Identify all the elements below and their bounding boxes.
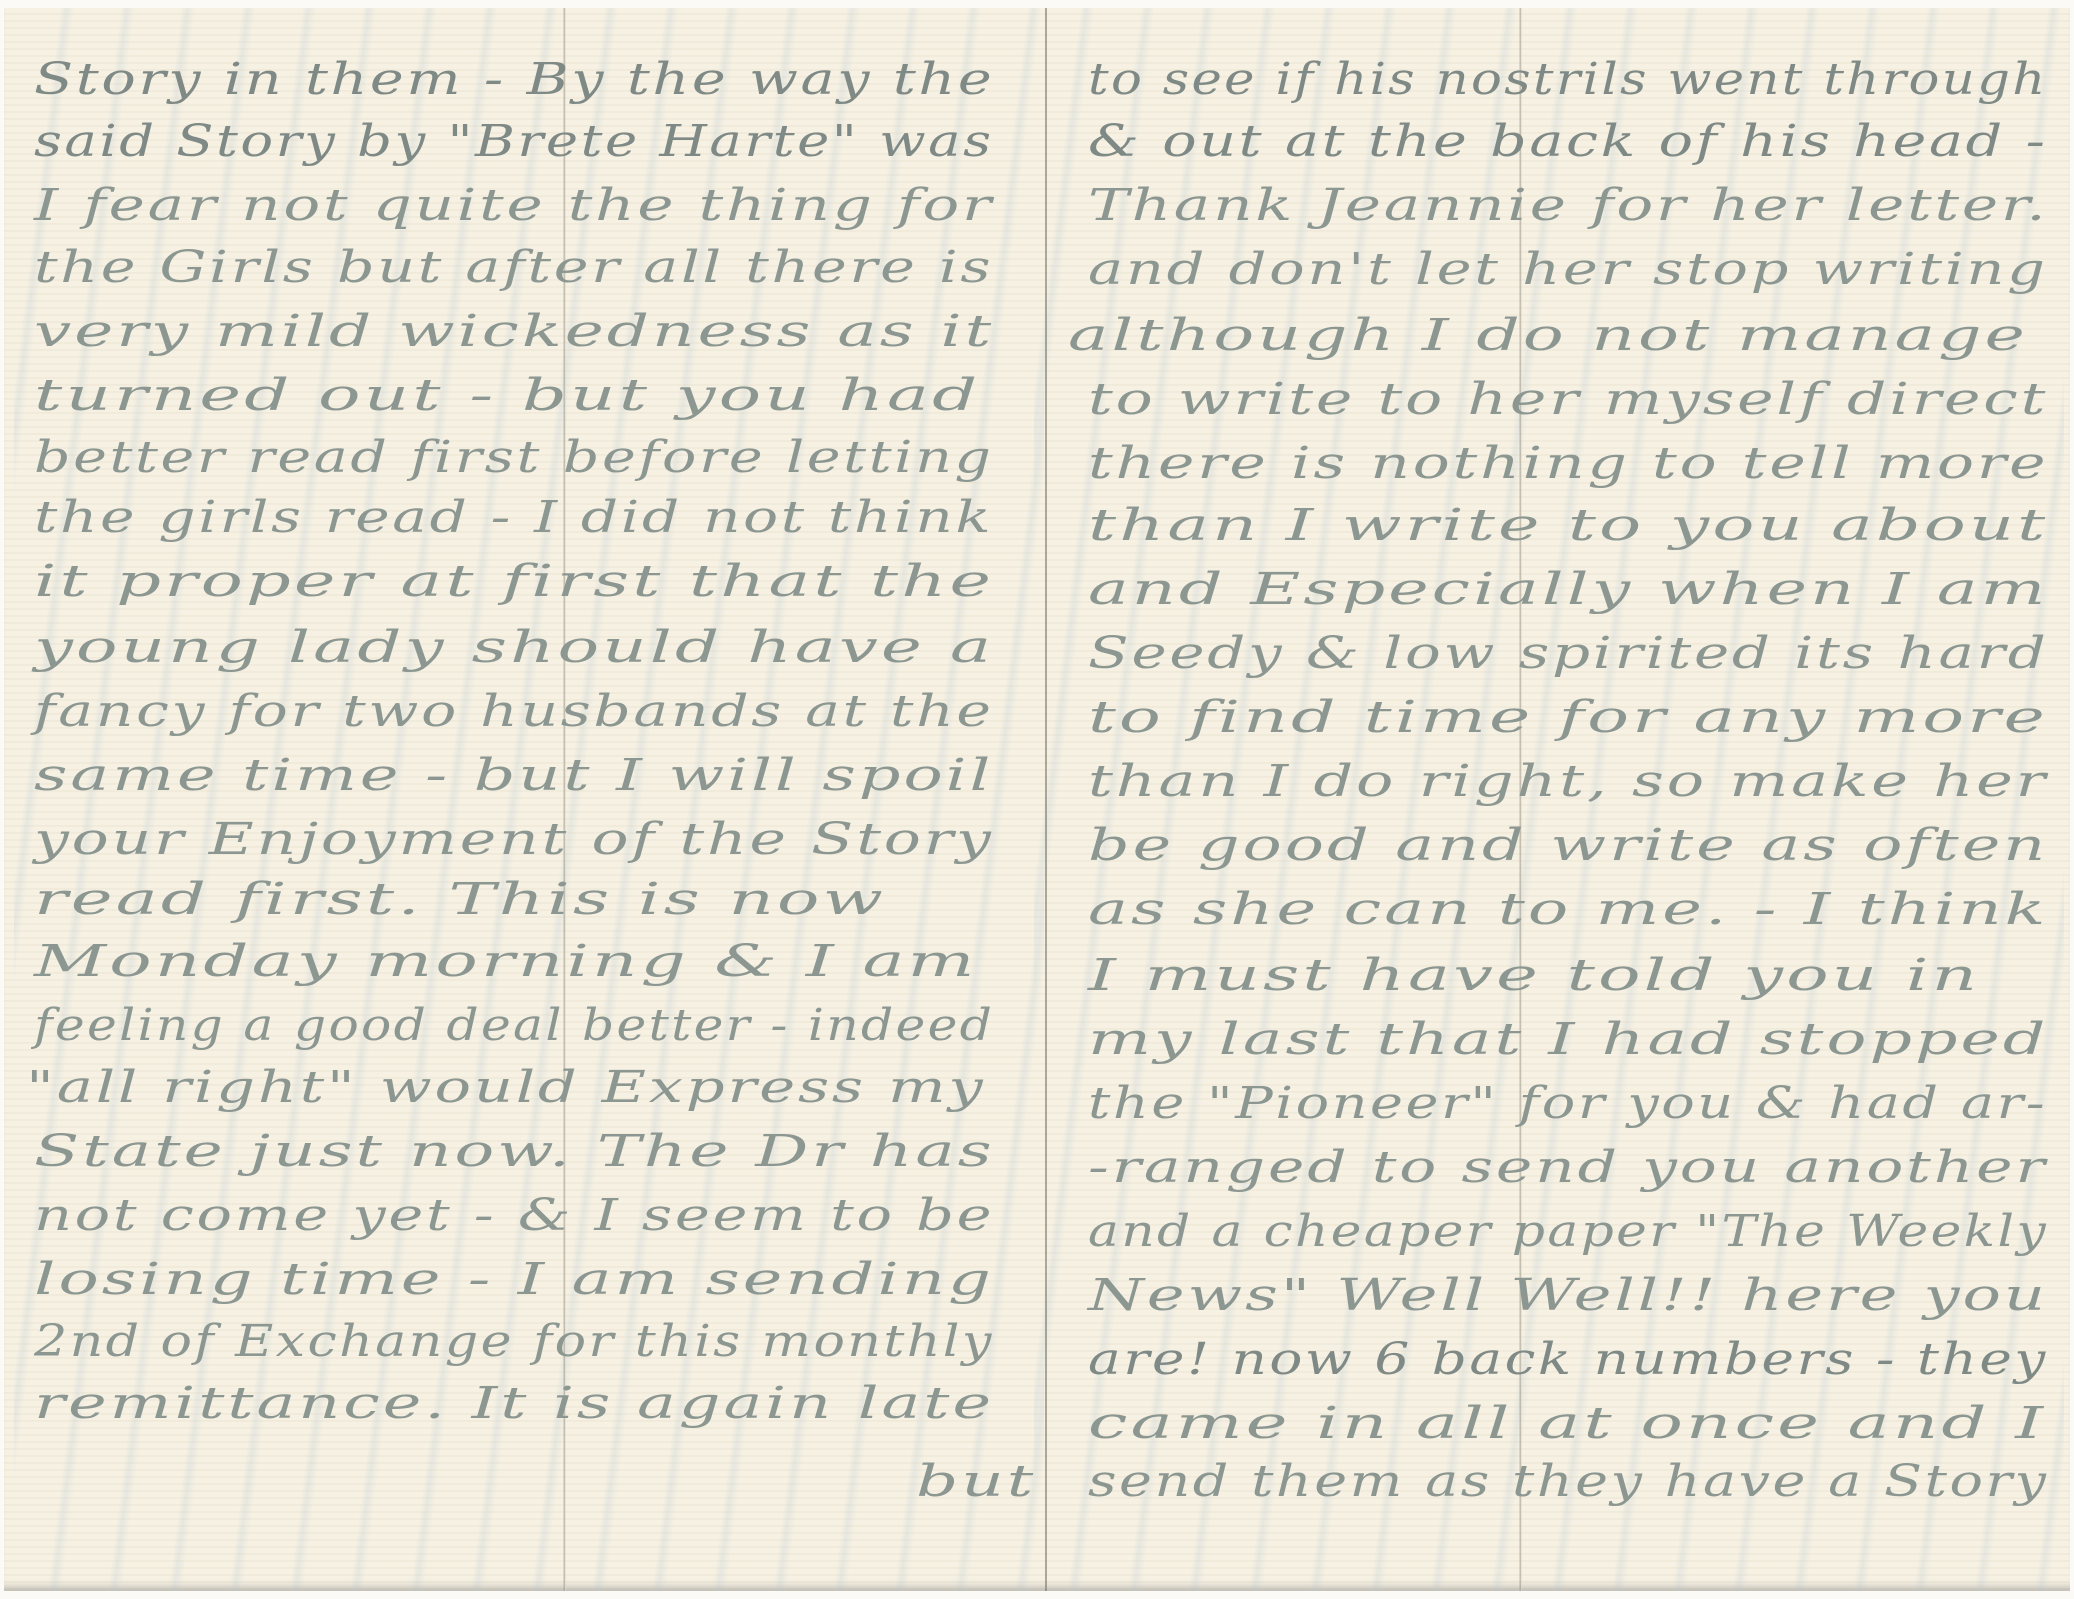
handwritten-line: read first. This is now xyxy=(34,878,886,922)
handwritten-line: and Especially when I am xyxy=(1088,568,2048,612)
handwritten-line: Seedy & low spirited its hard xyxy=(1088,632,2049,676)
handwritten-line: than I write to you about xyxy=(1088,504,2048,548)
handwritten-line: to write to her myself direct xyxy=(1088,378,2048,422)
handwritten-line: the girls read - I did not think xyxy=(34,496,993,540)
handwritten-line: came in all at once and I xyxy=(1088,1402,2046,1446)
handwritten-line: and don't let her stop writing xyxy=(1088,248,2048,292)
handwritten-line: -ranged to send you another xyxy=(1088,1146,2048,1190)
handwritten-line: turned out - but you had xyxy=(34,374,980,418)
handwritten-catchword: but xyxy=(916,1460,1036,1504)
handwritten-line: your Enjoyment of the Story xyxy=(34,818,994,862)
handwritten-line: remittance. It is again late xyxy=(34,1382,994,1426)
handwritten-line: same time - but I will spoil xyxy=(34,754,993,798)
handwritten-line: as she can to me. - I think xyxy=(1088,888,2048,932)
handwritten-line: Story in them - By the way the xyxy=(34,58,994,102)
handwritten-line: although I do not manage xyxy=(1068,314,2028,358)
handwritten-line: & out at the back of his head - xyxy=(1088,120,2048,164)
handwritten-line: Monday morning & I am xyxy=(34,940,978,984)
handwritten-line: are! now 6 back numbers - they xyxy=(1088,1338,2048,1382)
handwritten-line: and a cheaper paper "The Weekly xyxy=(1088,1210,2048,1254)
handwritten-line: losing time - I am sending xyxy=(34,1258,994,1302)
handwritten-line: State just now. The Dr has xyxy=(34,1130,995,1174)
handwritten-line: to see if his nostrils went through xyxy=(1088,58,2048,102)
paper-sheet: Story in them - By the way the said Stor… xyxy=(4,8,2070,1591)
handwritten-line: the Girls but after all there is xyxy=(34,246,993,290)
handwritten-line: said Story by "Brete Harte" was xyxy=(34,120,993,164)
handwritten-line: fancy for two husbands at the xyxy=(34,690,994,734)
handwritten-line: not come yet - & I seem to be xyxy=(34,1194,994,1238)
handwritten-line: my last that I had stopped xyxy=(1088,1018,2048,1062)
handwritten-line: send them as they have a Story xyxy=(1088,1460,2048,1504)
handwritten-line: feeling a good deal better - indeed xyxy=(34,1004,994,1048)
handwritten-line: to find time for any more xyxy=(1088,696,2048,740)
page-divider-fold xyxy=(1045,8,1047,1591)
handwritten-line: "all right" would Express my xyxy=(26,1066,985,1110)
handwritten-line: 2nd of Exchange for this monthly xyxy=(34,1320,994,1364)
handwritten-line: Thank Jeannie for her letter. xyxy=(1088,184,2048,228)
handwritten-line: News" Well Well!! here you xyxy=(1088,1274,2048,1318)
handwritten-line: it proper at first that the xyxy=(34,560,994,604)
handwritten-line: young lady should have a xyxy=(34,626,994,670)
handwritten-line: very mild wickedness as it xyxy=(34,310,994,354)
handwritten-line: better read first before letting xyxy=(34,436,994,480)
handwritten-line: there is nothing to tell more xyxy=(1088,442,2048,486)
handwritten-line: be good and write as often xyxy=(1088,824,2048,868)
scanned-letter: Story in them - By the way the said Stor… xyxy=(0,0,2074,1599)
handwritten-line: the "Pioneer" for you & had ar- xyxy=(1088,1082,2047,1126)
handwritten-line: I fear not quite the thing for xyxy=(34,184,994,228)
handwritten-line: than I do right, so make her xyxy=(1088,760,2048,804)
handwritten-line: I must have told you in xyxy=(1088,954,1980,998)
